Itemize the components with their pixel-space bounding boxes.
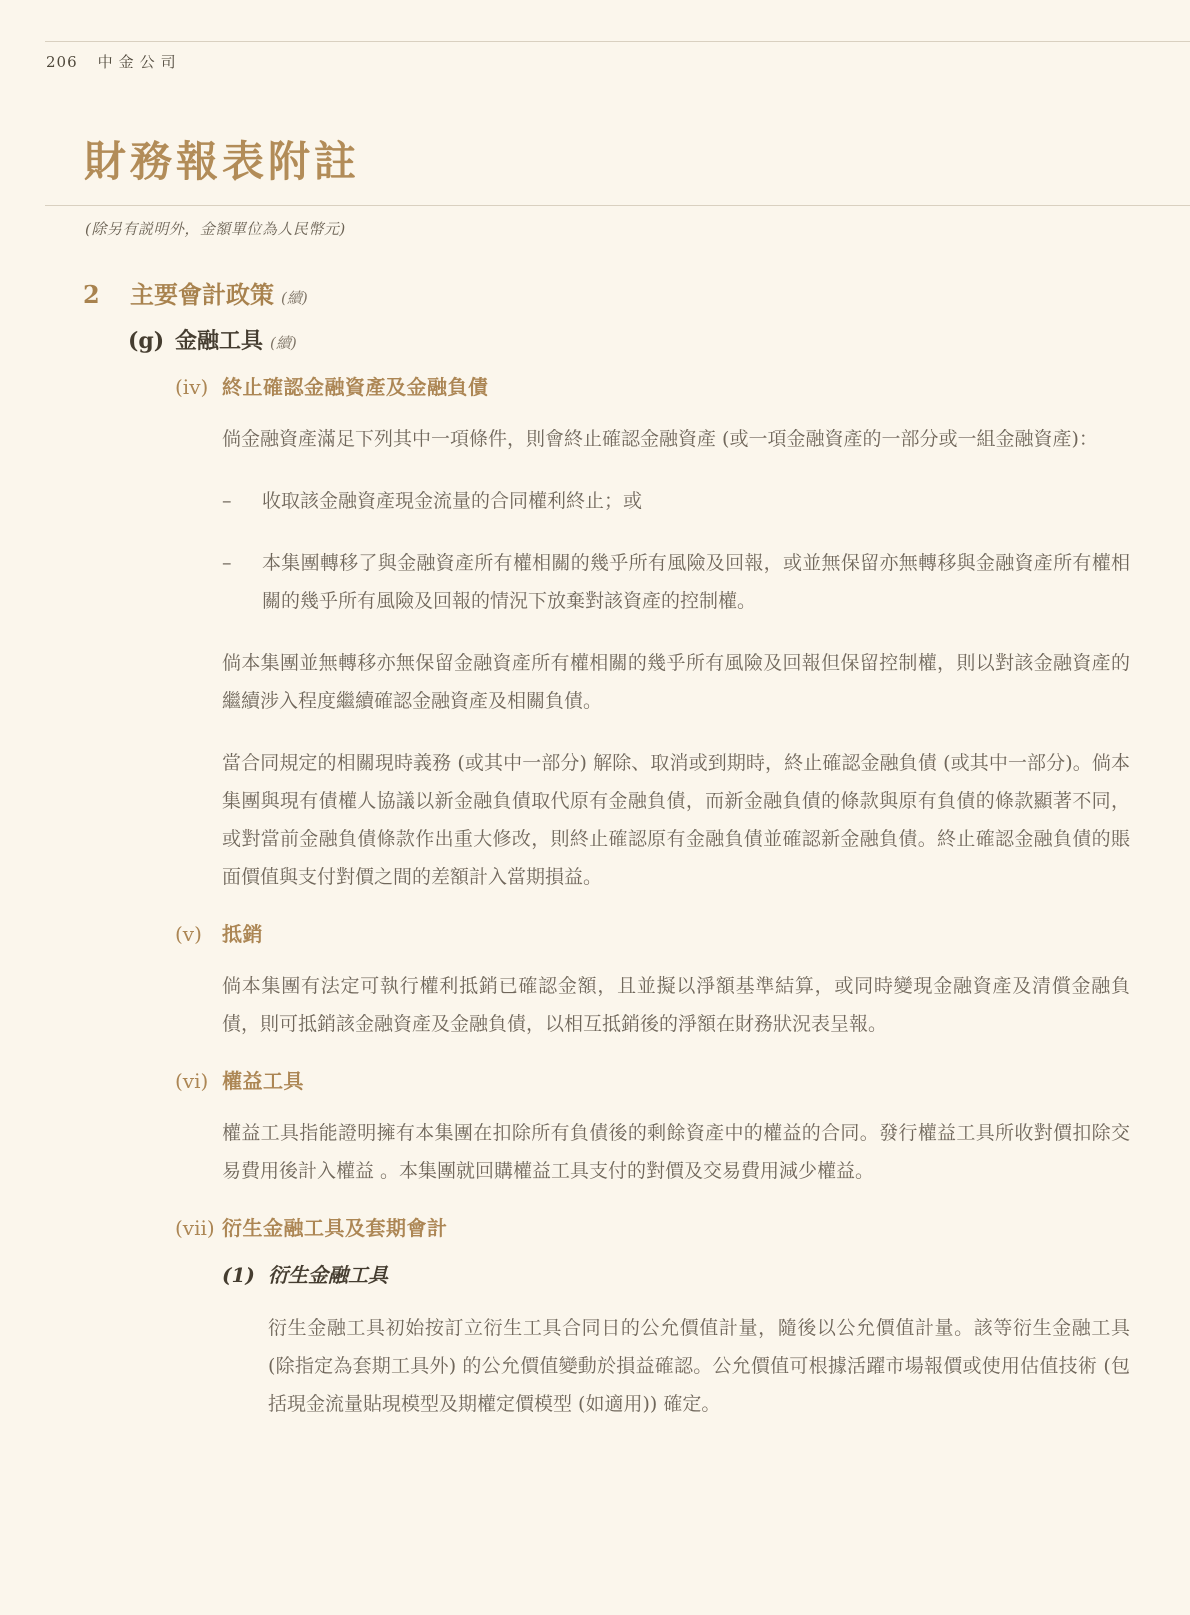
- paragraph: 倘金融資產滿足下列其中一項條件，則會終止確認金融資產 (或一項金融資產的一部分或…: [222, 420, 1130, 458]
- note-item-heading: (v) 抵銷: [175, 920, 1130, 948]
- subsection-title: 金融工具: [175, 327, 263, 355]
- subnote-title: 衍生金融工具: [268, 1261, 388, 1289]
- paragraph: 倘本集團並無轉移亦無保留金融資產所有權相關的幾乎所有風險及回報但保留控制權，則以…: [222, 644, 1130, 720]
- note-item-body: 倘金融資產滿足下列其中一項條件，則會終止確認金融資產 (或一項金融資產的一部分或…: [222, 420, 1130, 896]
- paragraph: 倘本集團有法定可執行權利抵銷已確認金額，且並擬以淨額基準結算，或同時變現金融資產…: [222, 967, 1130, 1043]
- note-items: (iv) 終止確認金融資產及金融負債 倘金融資產滿足下列其中一項條件，則會終止確…: [175, 373, 1130, 1423]
- bullet-text: 收取該金融資產現金流量的合同權利終止；或: [262, 482, 1130, 520]
- note-item-vi: (vi) 權益工具 權益工具指能證明擁有本集團在扣除所有負債後的剩餘資產中的權益…: [175, 1067, 1130, 1190]
- dash-marker: –: [222, 544, 262, 620]
- header-rule: [45, 41, 1190, 42]
- note-item-label: (vi): [175, 1067, 222, 1095]
- subsection-continued-label: (續): [270, 329, 297, 357]
- note-item-title: 終止確認金融資產及金融負債: [222, 373, 489, 401]
- note-item-heading: (vii) 衍生金融工具及套期會計: [175, 1214, 1130, 1242]
- note-item-v: (v) 抵銷 倘本集團有法定可執行權利抵銷已確認金額，且並擬以淨額基準結算，或同…: [175, 920, 1130, 1043]
- note-item-body: 倘本集團有法定可執行權利抵銷已確認金額，且並擬以淨額基準結算，或同時變現金融資產…: [222, 967, 1130, 1043]
- section-heading: 2 主要會計政策 (續): [83, 279, 1190, 314]
- note-item-vii: (vii) 衍生金融工具及套期會計 (1) 衍生金融工具 衍生金融工具初始按訂立…: [175, 1214, 1130, 1423]
- subnote-label: (1): [222, 1261, 268, 1289]
- subnote-body: 衍生金融工具初始按訂立衍生工具合同日的公允價值計量，隨後以公允價值計量。該等衍生…: [268, 1309, 1130, 1423]
- document-title: 財務報表附註: [84, 138, 1190, 186]
- dash-marker: –: [222, 482, 262, 520]
- note-item-title: 衍生金融工具及套期會計: [222, 1214, 448, 1242]
- bullet-item: – 本集團轉移了與金融資產所有權相關的幾乎所有風險及回報，或並無保留亦無轉移與金…: [222, 544, 1130, 620]
- section-number: 2: [83, 279, 130, 310]
- note-item-label: (vii): [175, 1214, 222, 1242]
- bullet-text: 本集團轉移了與金融資產所有權相關的幾乎所有風險及回報，或並無保留亦無轉移與金融資…: [262, 544, 1130, 620]
- note-item-heading: (iv) 終止確認金融資產及金融負債: [175, 373, 1130, 401]
- section-continued-label: (續): [281, 283, 308, 314]
- company-name: 中金公司: [98, 53, 182, 71]
- note-item-label: (iv): [175, 373, 222, 401]
- note-item-title: 抵銷: [222, 920, 263, 948]
- note-item-label: (v): [175, 920, 222, 948]
- note-item-body: (1) 衍生金融工具 衍生金融工具初始按訂立衍生工具合同日的公允價值計量，隨後以…: [222, 1261, 1130, 1423]
- currency-note: (除另有説明外，金額單位為人民幣元): [85, 218, 1190, 239]
- note-item-title: 權益工具: [222, 1067, 304, 1095]
- page-header: 206中金公司: [46, 51, 1190, 72]
- paragraph: 衍生金融工具初始按訂立衍生工具合同日的公允價值計量，隨後以公允價值計量。該等衍生…: [268, 1309, 1130, 1423]
- section-title: 主要會計政策: [130, 279, 274, 310]
- page: 206中金公司 財務報表附註 (除另有説明外，金額單位為人民幣元) 2 主要會計…: [0, 41, 1190, 1423]
- bullet-item: – 收取該金融資產現金流量的合同權利終止；或: [222, 482, 1130, 520]
- paragraph: 權益工具指能證明擁有本集團在扣除所有負債後的剩餘資產中的權益的合同。發行權益工具…: [222, 1114, 1130, 1190]
- subnote-heading: (1) 衍生金融工具: [222, 1261, 1130, 1289]
- page-number: 206: [46, 53, 78, 71]
- note-item-iv: (iv) 終止確認金融資產及金融負債 倘金融資產滿足下列其中一項條件，則會終止確…: [175, 373, 1130, 896]
- subsection-heading: (g) 金融工具 (續): [128, 327, 1190, 357]
- note-item-heading: (vi) 權益工具: [175, 1067, 1130, 1095]
- paragraph: 當合同規定的相關現時義務 (或其中一部分) 解除、取消或到期時，終止確認金融負債…: [222, 744, 1130, 896]
- title-rule: [45, 205, 1190, 206]
- subsection-label: (g): [128, 327, 175, 355]
- note-item-body: 權益工具指能證明擁有本集團在扣除所有負債後的剩餘資產中的權益的合同。發行權益工具…: [222, 1114, 1130, 1190]
